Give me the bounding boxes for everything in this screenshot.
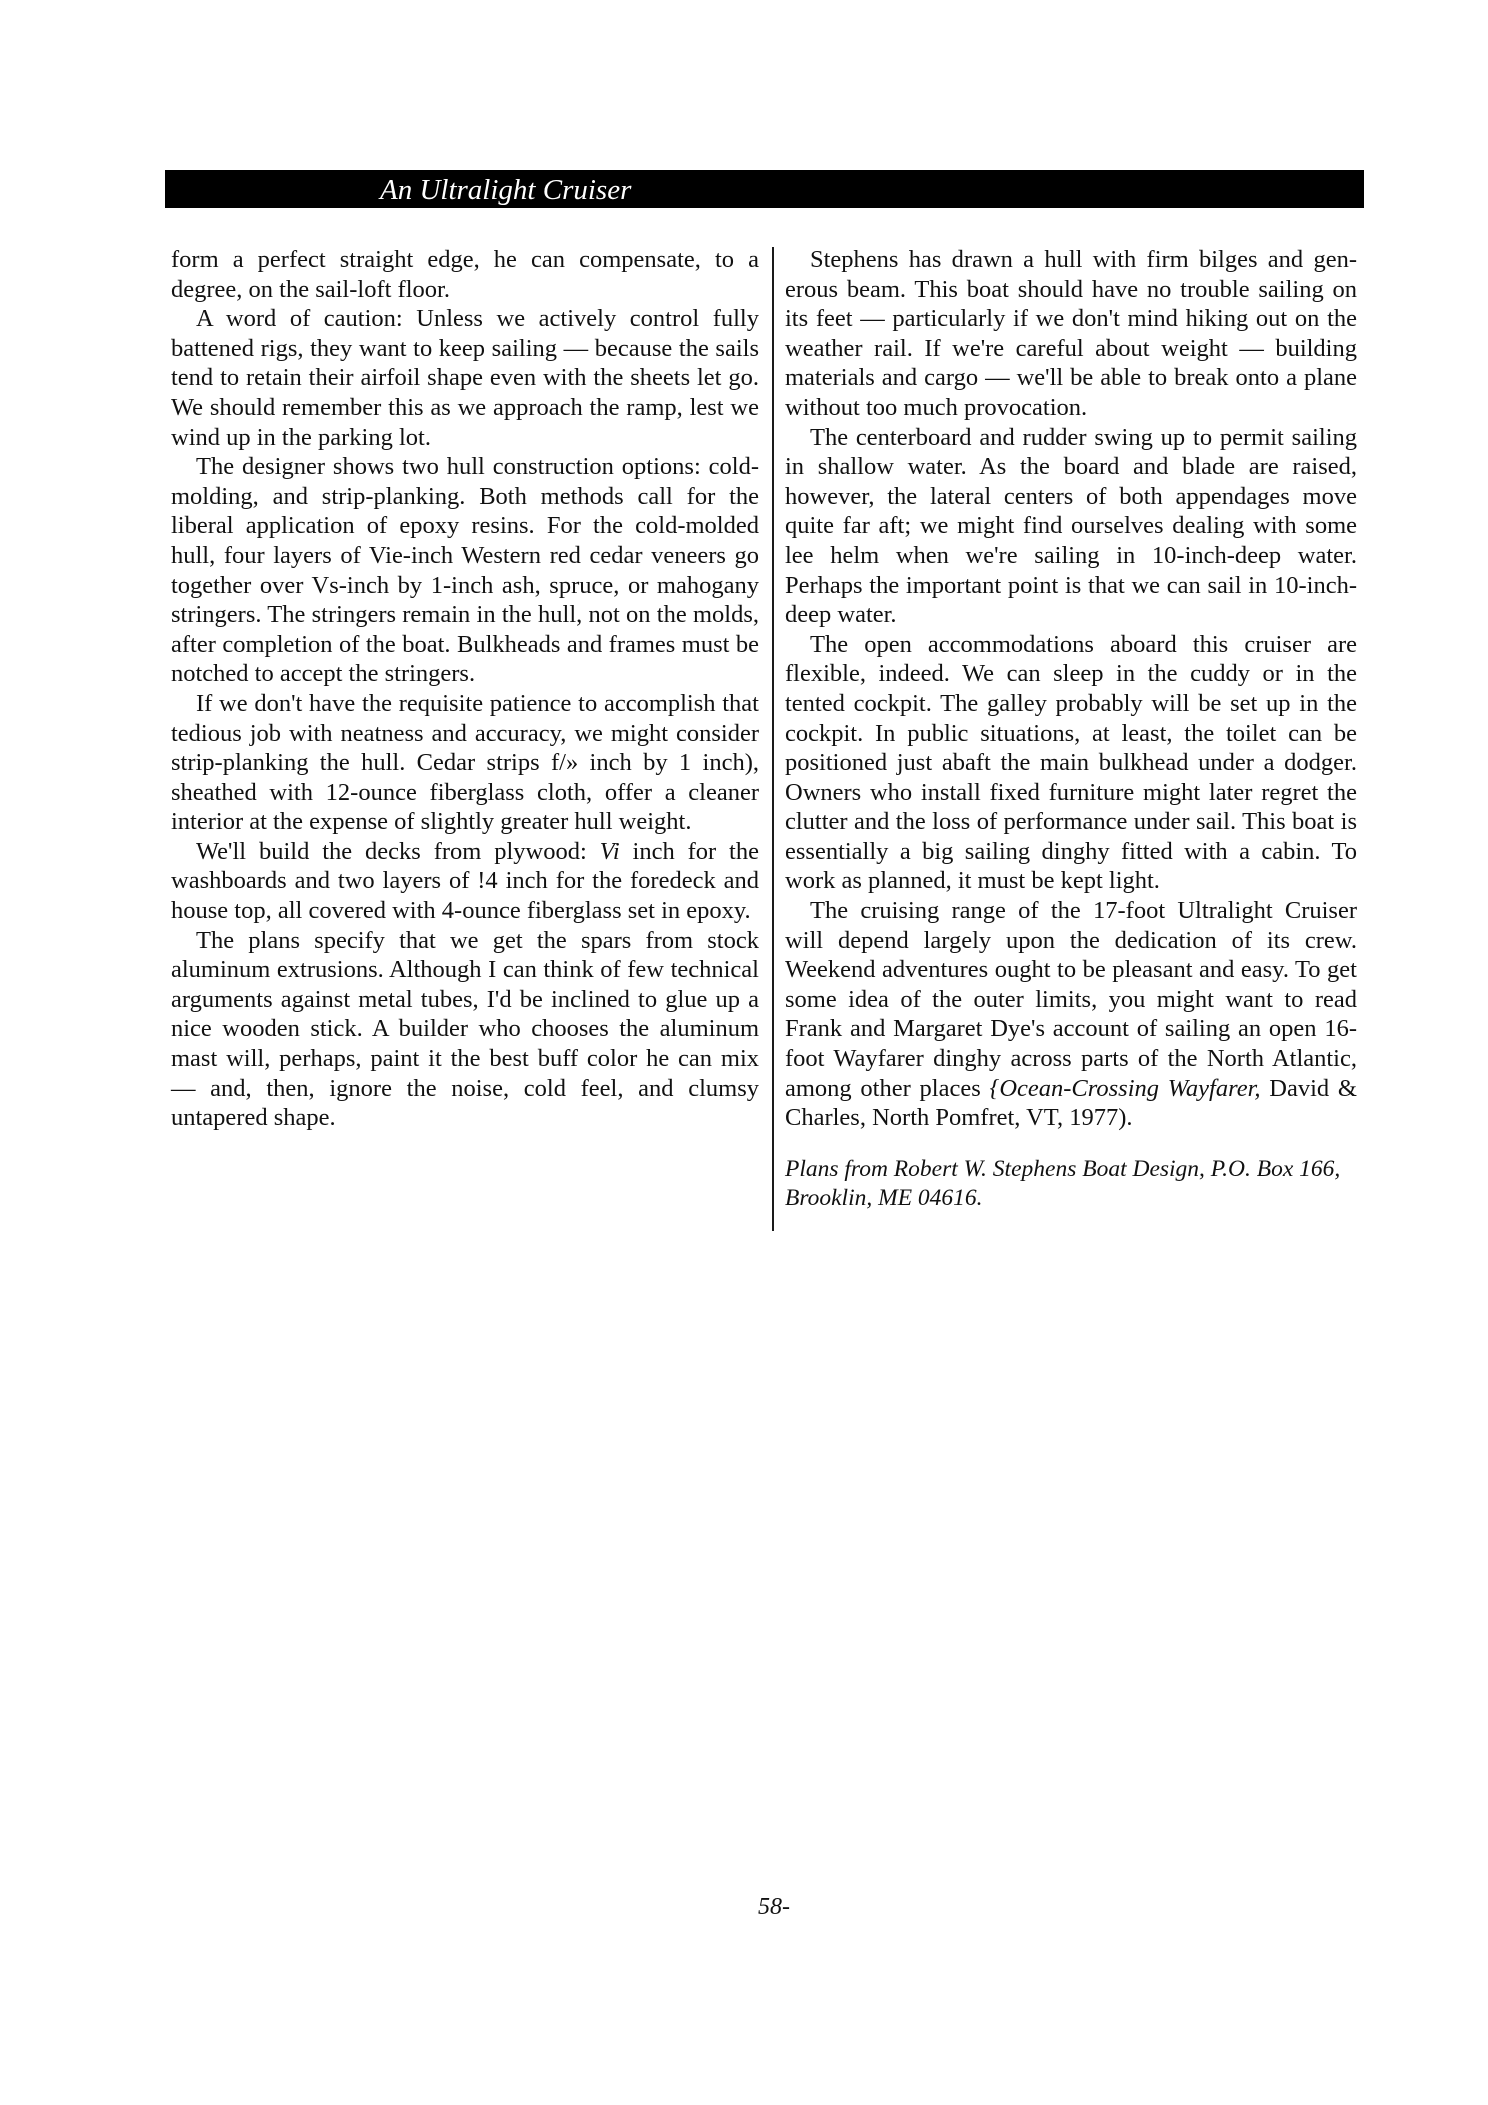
running-header-title: An Ultralight Cruiser: [380, 170, 631, 208]
left-text-column: form a perfect straight edge, he can com…: [171, 245, 759, 1133]
paragraph: The cruising range of the 17-foot Ultral…: [785, 896, 1357, 1133]
paragraph: The centerboard and rudder swing up to p…: [785, 423, 1357, 630]
paragraph: The open accommodations aboard this crui…: [785, 630, 1357, 896]
paragraph-text: We'll build the decks from plywood:: [196, 838, 600, 865]
column-divider: [772, 247, 774, 1231]
book-title: {Ocean-Crossing Wayfarer,: [990, 1075, 1261, 1102]
page-number: 58-: [758, 1894, 790, 1921]
paragraph: We'll build the decks from plywood: Vi i…: [171, 837, 759, 926]
paragraph: form a perfect straight edge, he can com…: [171, 245, 759, 304]
paragraph-text: The cruising range of the 17-foot Ultral…: [785, 897, 1357, 1102]
paragraph: If we don't have the requisite patience …: [171, 689, 759, 837]
paragraph: A word of caution: Unless we actively co…: [171, 304, 759, 452]
running-header-bar: An Ultralight Cruiser: [165, 170, 1364, 208]
paragraph: Stephens has drawn a hull with firm bilg…: [785, 245, 1357, 423]
paragraph: The designer shows two hull construction…: [171, 452, 759, 689]
paragraph: The plans specify that we get the spars …: [171, 926, 759, 1133]
italic-fraction: Vi: [600, 838, 620, 865]
plans-credit: Plans from Robert W. Stephens Boat Desig…: [785, 1155, 1357, 1214]
right-text-column: Stephens has drawn a hull with firm bilg…: [785, 245, 1357, 1214]
